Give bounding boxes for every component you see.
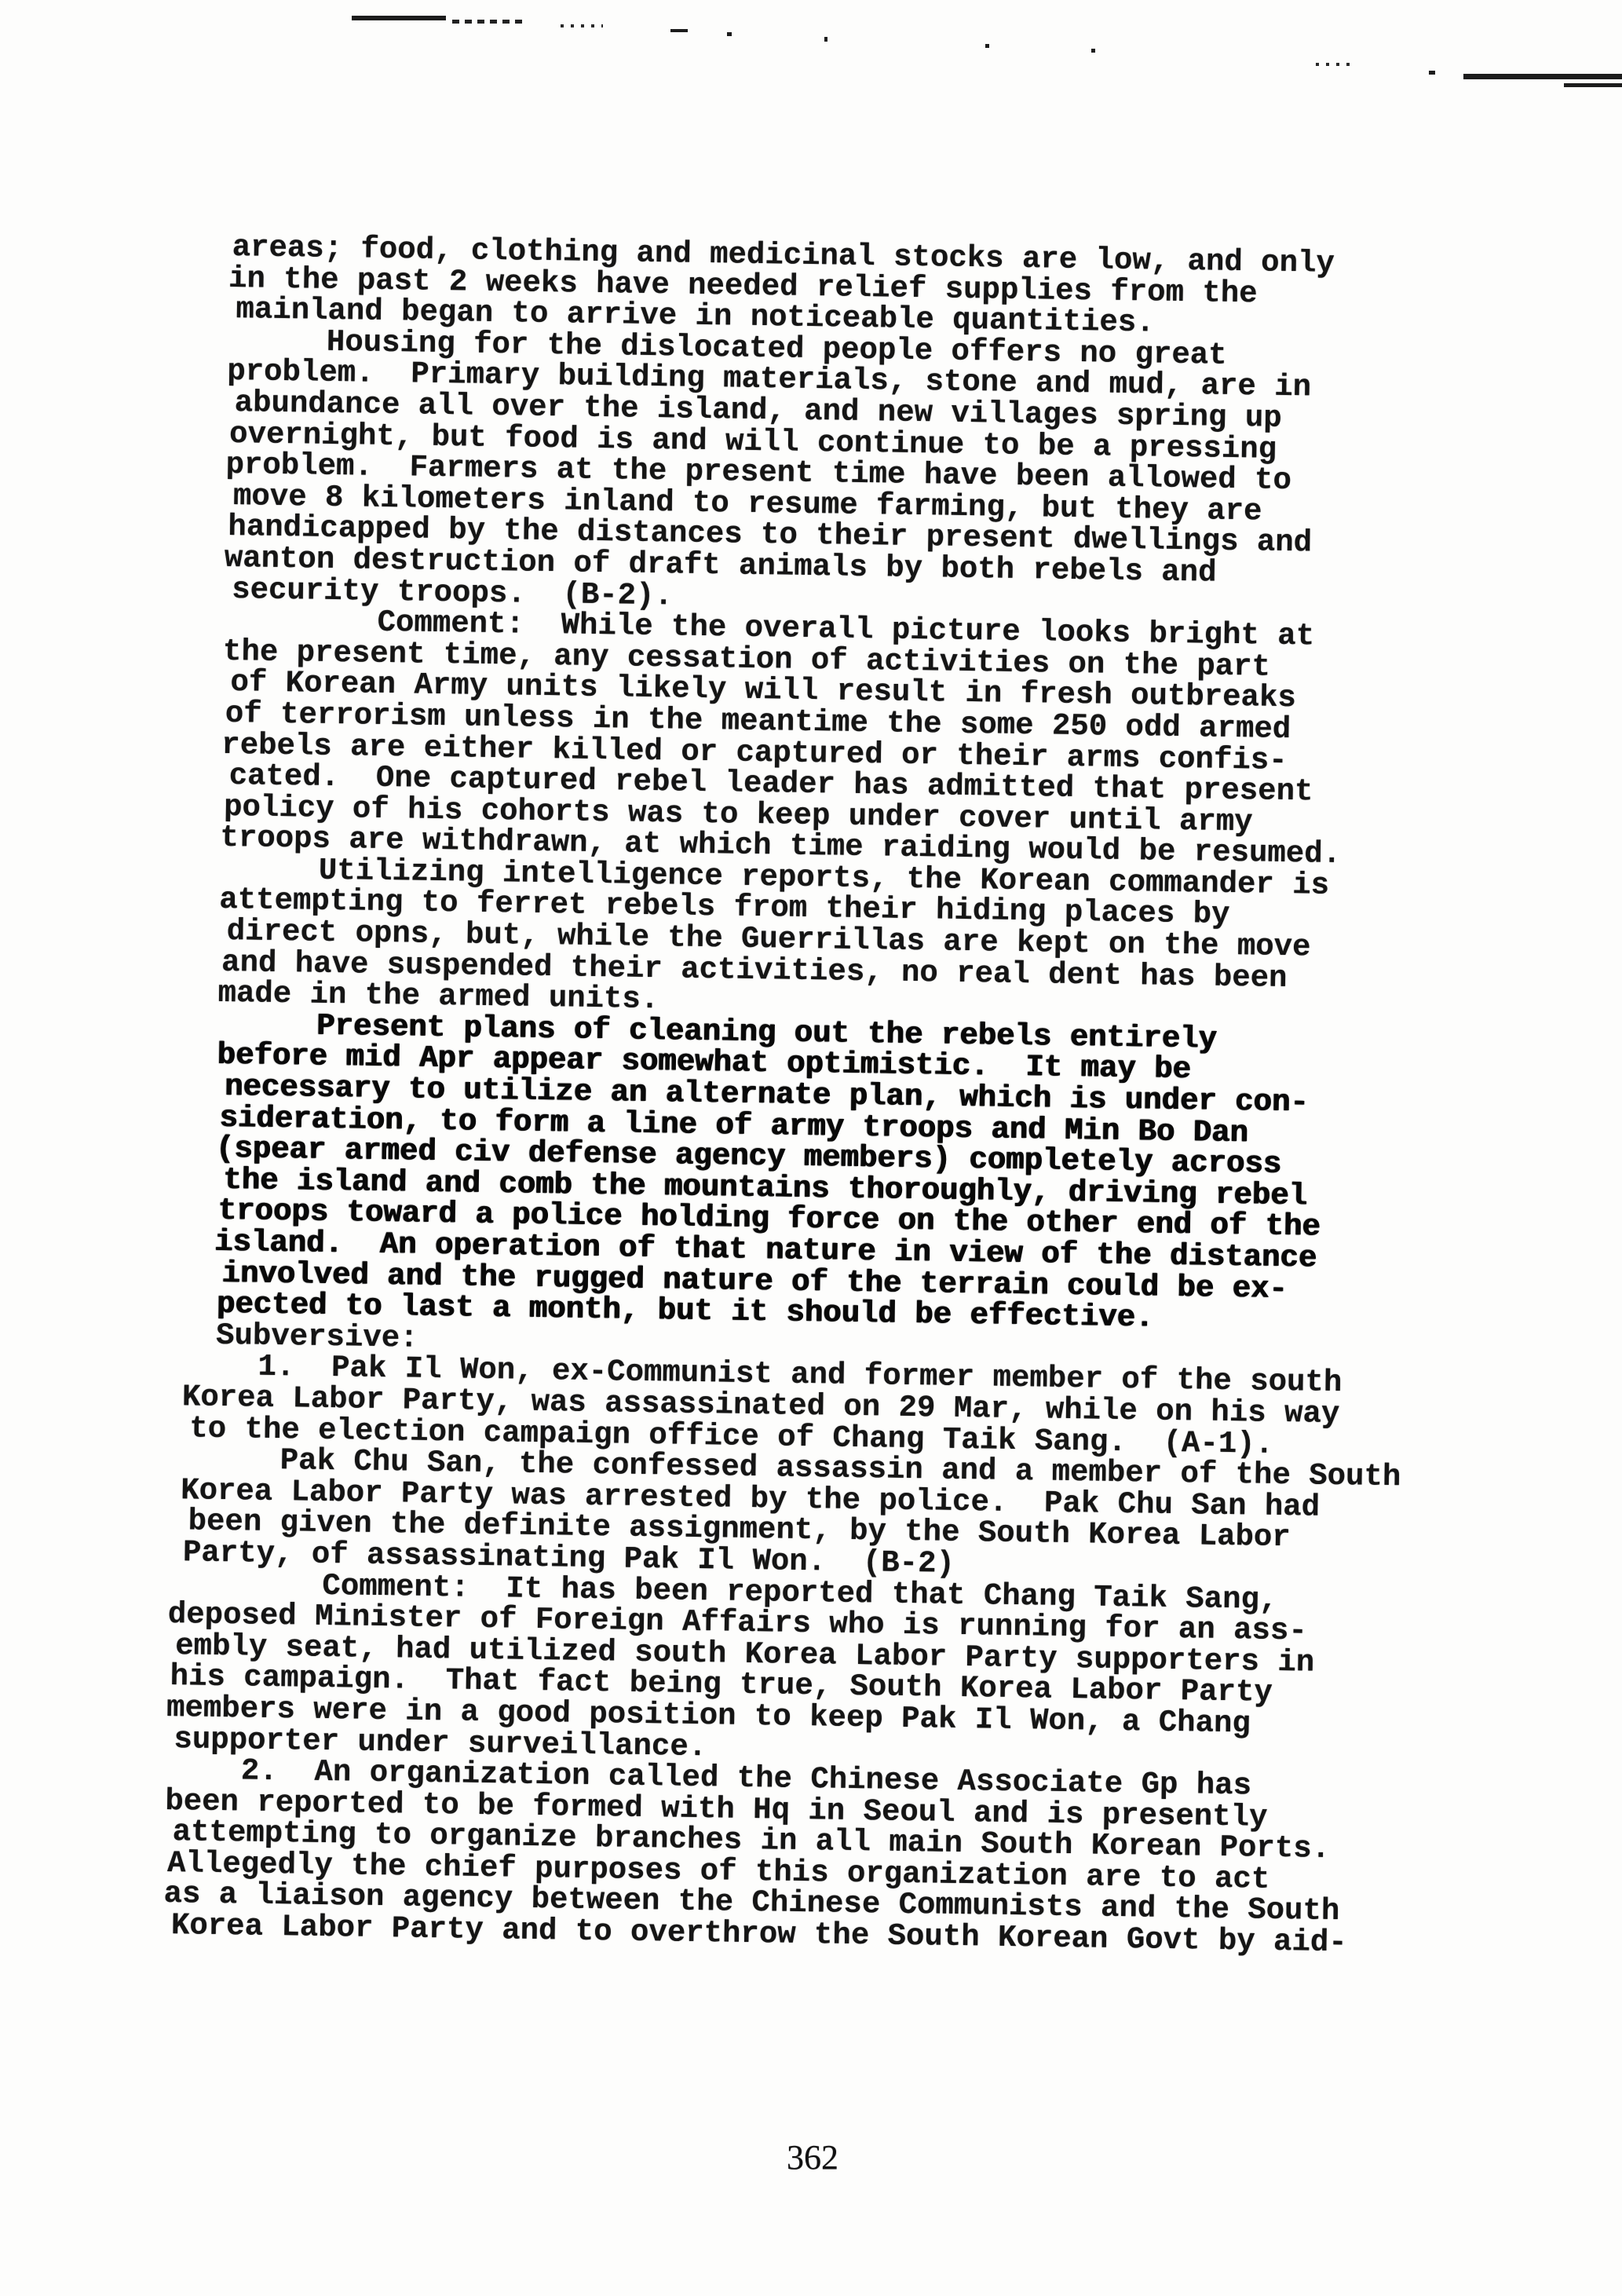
scan-artifact bbox=[1316, 63, 1357, 66]
scan-artifact bbox=[1463, 74, 1622, 79]
paragraph: Comment: It has been reported that Chang… bbox=[169, 1569, 1452, 1775]
paragraph: Housing for the dislocated people offers… bbox=[227, 326, 1471, 624]
scan-artifact bbox=[824, 37, 827, 42]
scan-artifact bbox=[985, 44, 989, 48]
scanned-document-page: areas; food, clothing and medicinal stoc… bbox=[0, 0, 1622, 2296]
scan-artifact bbox=[670, 29, 688, 32]
page-number: 362 bbox=[711, 2137, 915, 2177]
scan-artifact bbox=[727, 32, 732, 36]
document-body: areas; food, clothing and medicinal stoc… bbox=[207, 232, 1473, 1961]
scan-artifact bbox=[1091, 49, 1095, 53]
scan-artifact bbox=[561, 24, 603, 27]
paragraph: Pak Chu San, the confessed assassin and … bbox=[183, 1444, 1455, 1587]
paragraph: 2. An organization called the Chinese As… bbox=[166, 1755, 1450, 1961]
scan-artifact bbox=[1429, 71, 1435, 75]
paragraph: Utilizing intelligence reports, the Kore… bbox=[221, 854, 1463, 1028]
paragraph: Present plans of cleaning out the rebels… bbox=[216, 1010, 1461, 1339]
paragraph: Comment: While the overall picture looks… bbox=[223, 605, 1467, 872]
scan-artifact bbox=[352, 16, 446, 20]
scan-artifact bbox=[1564, 83, 1622, 87]
scan-artifact bbox=[452, 20, 528, 24]
